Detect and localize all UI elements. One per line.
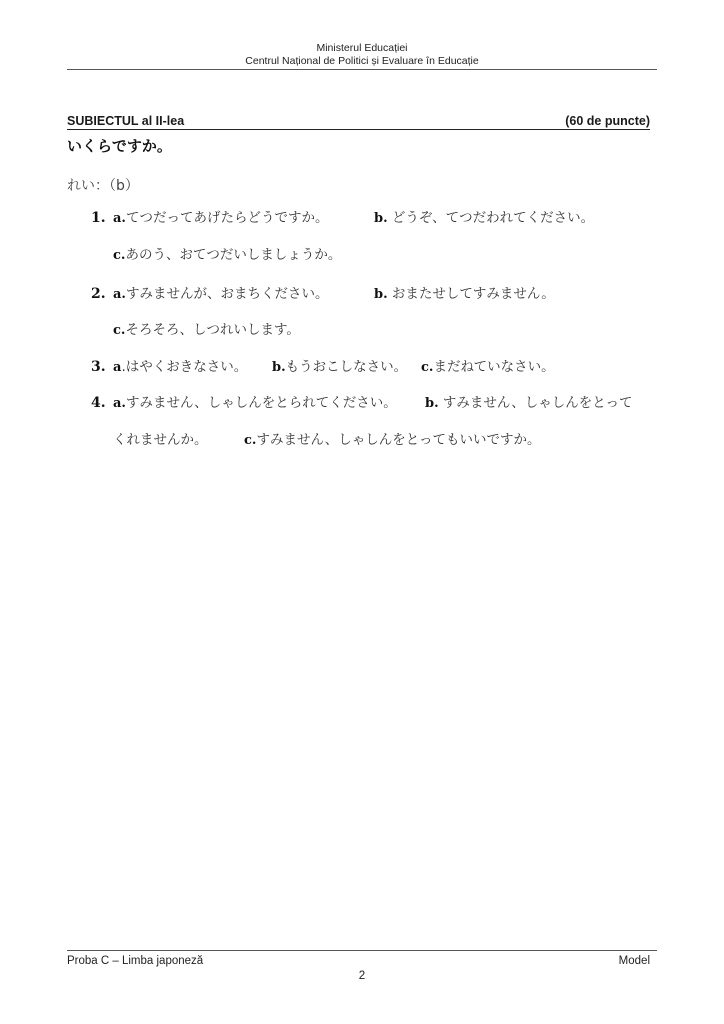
option-text: おまたせしてすみません。 (388, 286, 555, 302)
question-4-row-1: 4.a.すみません、しゃしんをとられてください。 (91, 393, 397, 414)
subject-heading: SUBIECTUL al II-lea (60 de puncte) (67, 113, 650, 130)
footer-exam-name: Proba C – Limba japoneză (67, 954, 203, 968)
question-number: 4. (91, 393, 113, 413)
option-text: .はやくおきなさい。 (121, 359, 247, 375)
question-2-option-b: b. おまたせしてすみません。 (374, 284, 555, 305)
header-center: Centrul Național de Politici și Evaluare… (0, 55, 724, 68)
option-label: c. (113, 248, 125, 263)
option-label: a. (113, 396, 126, 411)
option-text: まだねていなさい。 (433, 359, 554, 375)
exercise-title: いくらですか。 (67, 136, 172, 156)
option-text: そろそろ、しつれいします。 (125, 322, 299, 338)
option-text: てつだってあげたらどうですか。 (126, 210, 329, 226)
option-text: すみません、しゃしんをとってもいいですか。 (256, 432, 540, 448)
option-text: すみません、しゃしんをとって (439, 395, 633, 411)
question-2-row-1: 2.a.すみませんが、おまちください。 (91, 284, 328, 305)
subject-points: (60 de puncte) (565, 113, 650, 129)
option-label: b. (374, 287, 388, 302)
header-ministry: Ministerul Educației (0, 42, 724, 55)
document-page: Ministerul Educației Centrul Național de… (0, 0, 724, 1024)
option-text: すみませんが、おまちください。 (126, 286, 329, 302)
option-label: c. (113, 323, 125, 338)
option-label: b. (374, 211, 388, 226)
question-number: 1. (91, 208, 113, 228)
option-label: a. (113, 287, 126, 302)
question-4-option-b-continuation: くれませんか。 (113, 430, 208, 450)
question-4-option-c: c.すみません、しゃしんをとってもいいですか。 (244, 430, 541, 451)
option-label: b. (272, 360, 286, 375)
question-number: 2. (91, 284, 113, 304)
option-text: あのう、おてつだいしましょうか。 (125, 247, 341, 263)
option-text: すみません、しゃしんをとられてください。 (126, 395, 397, 411)
question-3-option-b: b.もうおこしなさい。 (272, 357, 407, 378)
question-2-option-c: c.そろそろ、しつれいします。 (113, 320, 300, 341)
option-label: b. (425, 396, 439, 411)
option-label: c. (421, 360, 433, 375)
question-4-option-b: b. すみません、しゃしんをとって (425, 393, 632, 414)
question-1-row-1: 1.a.てつだってあげたらどうですか。 (91, 208, 328, 229)
option-label: a. (113, 211, 126, 226)
footer-model-label: Model (619, 954, 650, 968)
question-3-option-c: c.まだねていなさい。 (421, 357, 555, 378)
header-divider (67, 69, 657, 70)
option-label: c. (244, 433, 256, 448)
subject-label: SUBIECTUL al II-lea (67, 113, 184, 129)
example-answer: れい：（b） (67, 176, 139, 196)
question-1-option-b: b. どうぞ、てつだわれてください。 (374, 208, 594, 229)
question-1-option-c: c.あのう、おてつだいしましょうか。 (113, 245, 341, 266)
option-text: くれませんか。 (113, 432, 208, 448)
footer-divider (67, 950, 657, 951)
question-number: 3. (91, 357, 113, 377)
question-3-row-1: 3.a.はやくおきなさい。 (91, 357, 247, 378)
option-text: どうぞ、てつだわれてください。 (388, 210, 595, 226)
option-text: もうおこしなさい。 (286, 359, 408, 375)
page-number: 2 (0, 969, 724, 983)
